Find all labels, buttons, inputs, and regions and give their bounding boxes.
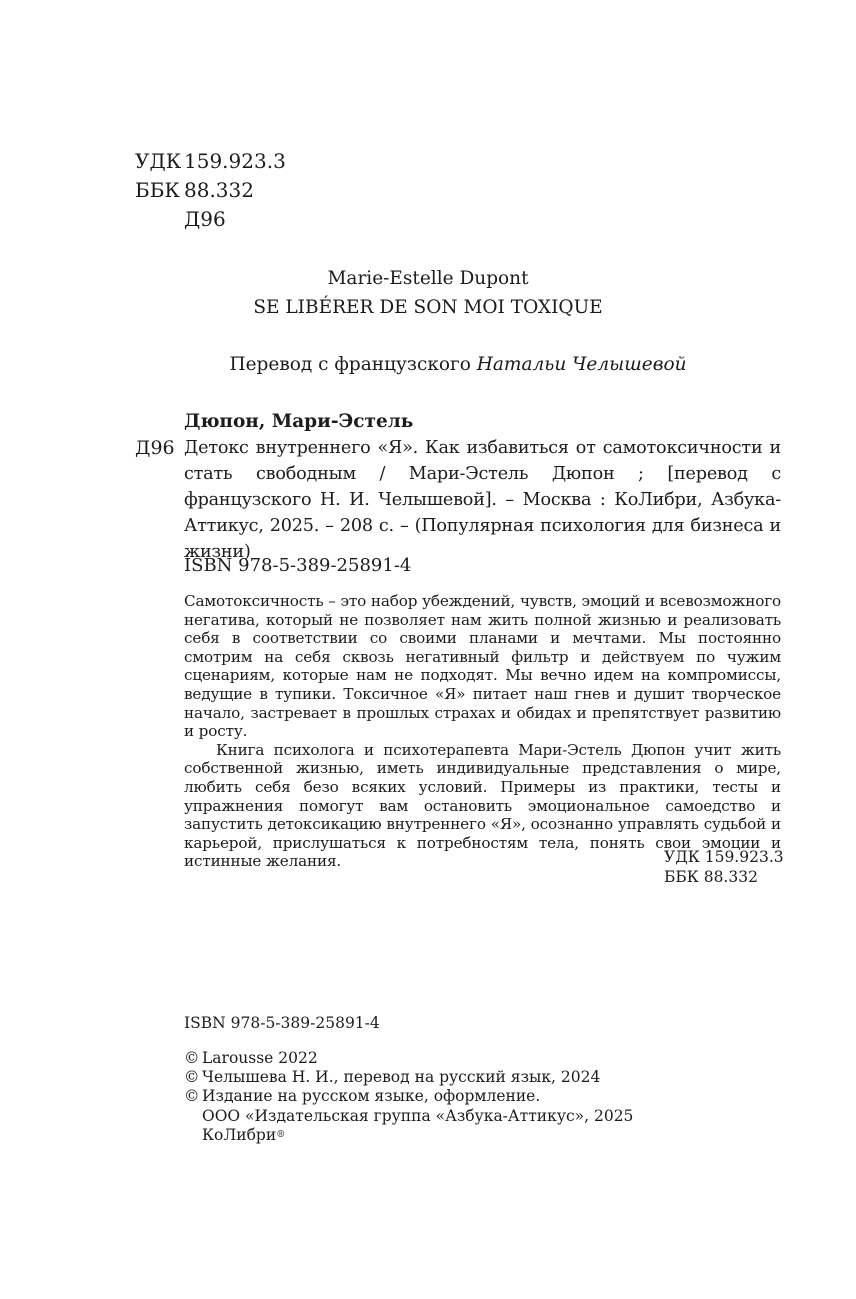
isbn-bottom: ISBN 978-5-389-25891-4	[184, 1013, 380, 1033]
annotation: Самотоксичность – это набор убеждений, ч…	[184, 592, 781, 871]
copyright-line: © Издание на русском языке, оформление.	[184, 1087, 633, 1106]
registered-trademark-icon: ®	[276, 1126, 285, 1145]
bbk-row: ББК 88.332	[135, 176, 286, 205]
copyright-line: © Larousse 2022	[184, 1049, 633, 1068]
bibliographic-record: Дюпон, Мари-Эстель Д96 Детокс внутреннег…	[135, 409, 781, 565]
bib-entry: Д96 Детокс внутреннего «Я». Как избавить…	[135, 435, 781, 565]
original-edition: Marie-Estelle Dupont SE LIBÉRER DE SON M…	[0, 264, 856, 322]
annotation-bbk: ББК 88.332	[664, 867, 784, 887]
bbk-label: ББК	[135, 176, 184, 205]
translation-prefix: Перевод с французского	[229, 354, 470, 375]
annotation-codes: УДК 159.923.3 ББК 88.332	[664, 847, 784, 887]
copyright-icon: ©	[184, 1049, 202, 1068]
bib-code: Д96	[135, 435, 184, 565]
bbk-value: 88.332	[184, 176, 254, 205]
original-title: SE LIBÉRER DE SON MOI TOXIQUE	[0, 293, 856, 322]
author-mark-row: Д96	[135, 205, 286, 234]
classification-block: УДК 159.923.3 ББК 88.332 Д96	[135, 147, 286, 234]
copyright-line: © Челышева Н. И., перевод на русский язы…	[184, 1068, 633, 1087]
copyright-icon: ©	[184, 1087, 202, 1106]
bib-author-heading: Дюпон, Мари-Эстель	[184, 409, 781, 435]
udk-value: 159.923.3	[184, 147, 286, 176]
original-author: Marie-Estelle Dupont	[0, 264, 856, 293]
isbn-main: ISBN 978-5-389-25891-4	[184, 553, 411, 579]
publisher-imprint: КоЛибри	[202, 1126, 276, 1145]
copyright-continuation: КоЛибри®	[184, 1126, 633, 1145]
copyright-icon: ©	[184, 1068, 202, 1087]
udk-row: УДК 159.923.3	[135, 147, 286, 176]
author-mark: Д96	[184, 205, 226, 234]
udk-label: УДК	[135, 147, 184, 176]
copyright-continuation: ООО «Издательская группа «Азбука-Аттикус…	[184, 1107, 633, 1126]
annotation-paragraph: Самотоксичность – это набор убеждений, ч…	[184, 592, 781, 741]
annotation-udk: УДК 159.923.3	[664, 847, 784, 867]
bib-description: Детокс внутреннего «Я». Как избавиться о…	[184, 435, 781, 565]
translator-name: Натальи Челышевой	[477, 354, 687, 375]
copyright-block: © Larousse 2022 © Челышева Н. И., перево…	[184, 1049, 633, 1145]
translation-credit: Перевод с французского Натальи Челышевой	[0, 350, 856, 379]
